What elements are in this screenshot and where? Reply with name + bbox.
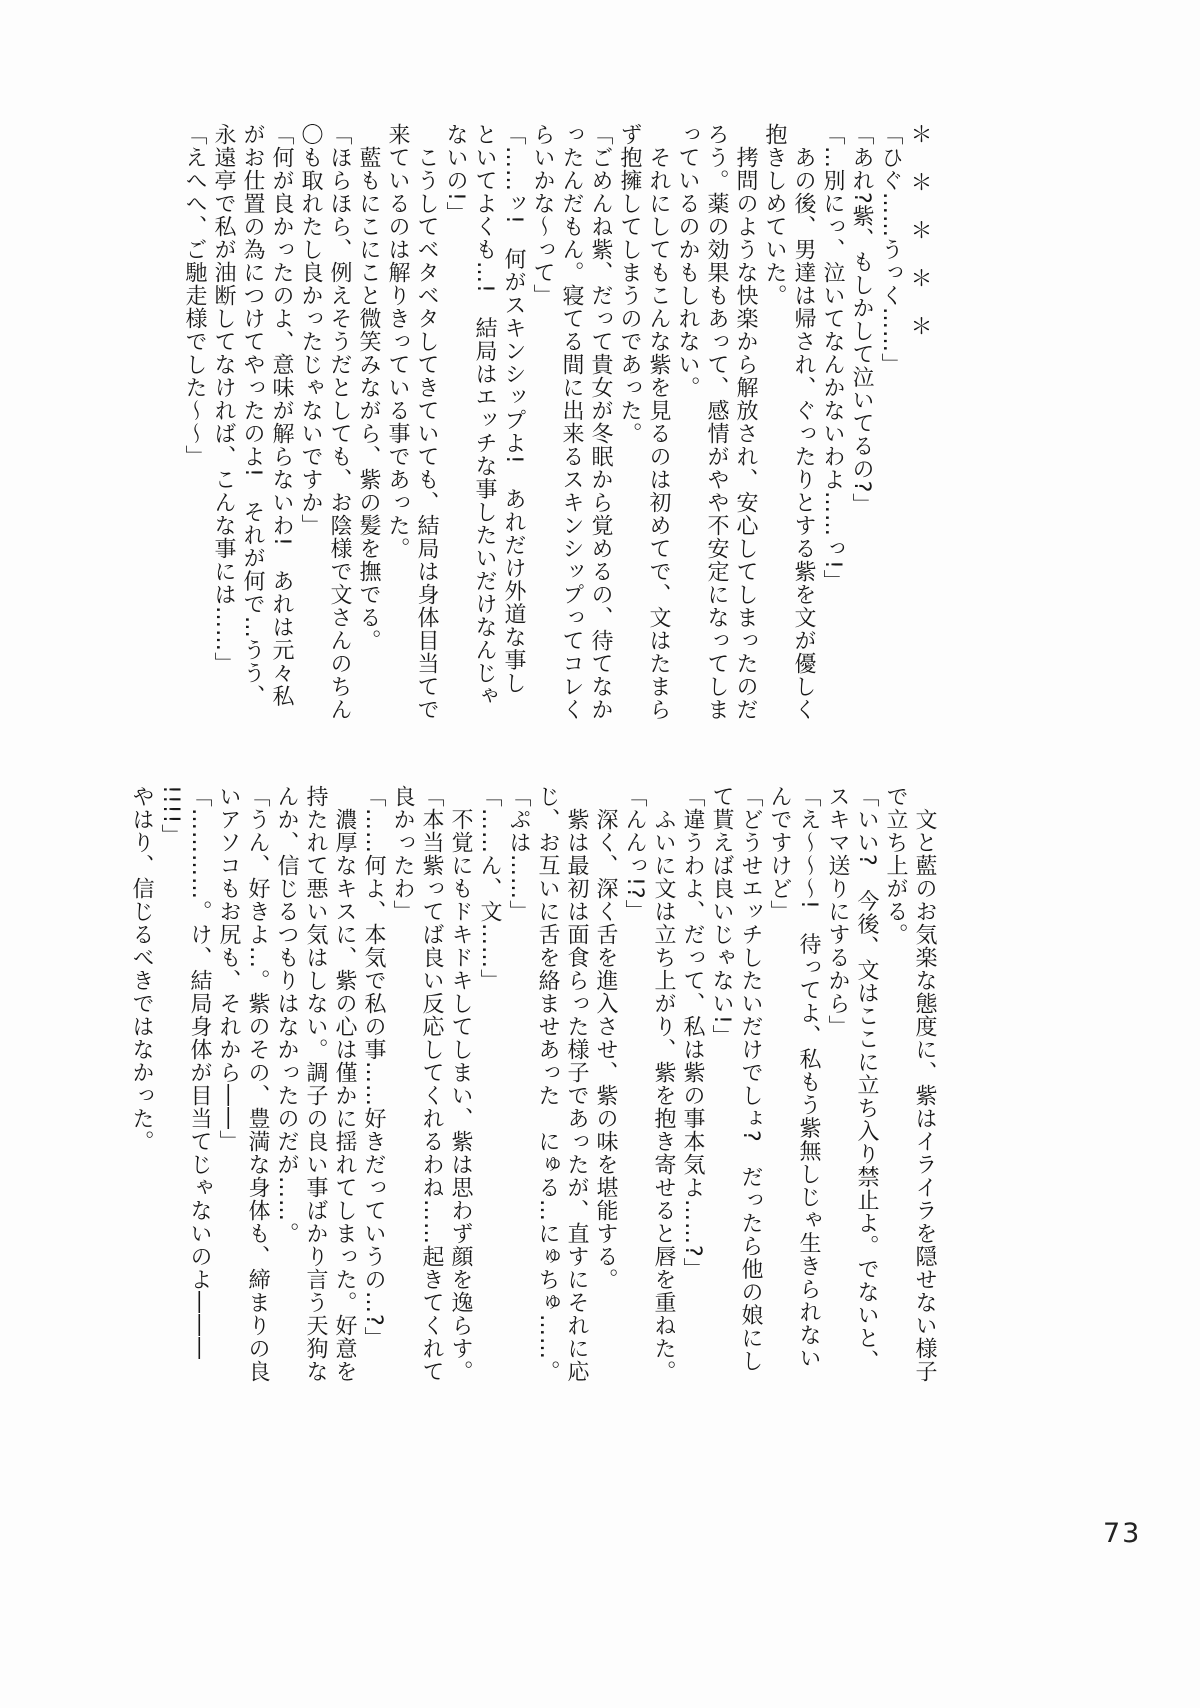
text-column: 来ているのは解りきっている事であった。 (383, 123, 412, 748)
text-column: ず抱擁してしまうのであった。 (615, 123, 644, 748)
text-column: 不覚にもドキドキしてしまい、紫は思わず顔を逸らす。 (446, 785, 475, 1430)
text-column: いアソコもお尻も、それから――」 (214, 785, 243, 1430)
text-column: あの後、男達は帰され、ぐったりとする紫を文が優しく (789, 123, 818, 748)
text-column: ないの!」 (441, 123, 470, 748)
text-column: 紫は最初は面食らった様子であったが、直すにそれに応 (562, 785, 591, 1430)
text-column: 〇も取れたし良かったじゃないですか」 (296, 123, 325, 748)
page-number: 73 (1103, 1518, 1141, 1549)
text-column: 藍もにこにこと微笑みながら、紫の髪を撫でる。 (354, 123, 383, 748)
text-column: といてよくも…! 結局はエッチな事したいだけなんじゃ (470, 123, 499, 748)
text-column: 「ひぐ……うっく……」 (876, 123, 905, 748)
text-column: 「えへへ、ご馳走様でした〜〜」 (180, 123, 209, 748)
text-column: やはり、信じるべきではなかった。 (127, 785, 156, 1430)
text-column: 「うん、好きよ…。紫のその、豊満な身体も、締まりの良 (243, 785, 272, 1430)
top-text-columns: 「ひぐ……うっく……」「あれ?紫、もしかして泣いてるの?」「…別にっ、泣いてなん… (180, 123, 905, 748)
text-column: 「ごめんね紫、だって貴女が冬眠から覚めるの、待てなか (586, 123, 615, 748)
text-column: 「んんっ!?」 (620, 785, 649, 1430)
text-column: 「どうせエッチしたいだけでしょ? だったら他の娘にし (736, 785, 765, 1430)
text-column: 「違うわよ、だって、私は紫の事本気よ……?」 (678, 785, 707, 1430)
text-column: 「本当紫ってば良い反応してくれるわね……起きてくれて (417, 785, 446, 1430)
text-column: 濃厚なキスに、紫の心は僅かに揺れてしまった。好意を (330, 785, 359, 1430)
text-column: 「…………。け、結局身体が目当てじゃないのよ――― (185, 785, 214, 1430)
doujinshi-page-sheet: ＊＊＊＊＊ 「ひぐ……うっく……」「あれ?紫、もしかして泣いてるの?」「…別にっ… (0, 0, 1200, 1708)
text-column: 「ほらほら、例えそうだとしても、お陰様で文さんのちん (325, 123, 354, 748)
text-column: こうしてベタベタしてきていても、結局は身体目当てで (412, 123, 441, 748)
bottom-text-block: 文と藍のお気楽な態度に、紫はイライラを隠せない様子で立ち上がる。「いい? 今後、… (127, 785, 939, 1430)
text-column: 「…別にっ、泣いてなんかないわよ……っ!」 (818, 123, 847, 748)
text-column: ったんだもん。寝てる間に出来るスキンシップってコレく (557, 123, 586, 748)
text-column: !!!!」 (156, 785, 185, 1430)
text-column: 持たれて悪い気はしない。調子の良い事ばかり言う天狗な (301, 785, 330, 1430)
text-column: スキマ送りにするから」 (823, 785, 852, 1430)
text-column: それにしてもこんな紫を見るのは初めてで、文はたまら (644, 123, 673, 748)
text-column: んですけど」 (765, 785, 794, 1430)
text-column: じ、お互いに舌を絡ませあった にゅる…にゅちゅ……。 (533, 785, 562, 1430)
text-column: ふいに文は立ち上がり、紫を抱き寄せると唇を重ねた。 (649, 785, 678, 1430)
text-column: 「いい? 今後、文はここに立ち入り禁止よ。でないと、 (852, 785, 881, 1430)
text-column: 抱きしめていた。 (760, 123, 789, 748)
text-column: 「ぷは……」 (504, 785, 533, 1430)
text-column: 文と藍のお気楽な態度に、紫はイライラを隠せない様子 (910, 785, 939, 1430)
text-column: 拷問のような快楽から解放され、安心してしまったのだ (731, 123, 760, 748)
text-column: 良かったわ」 (388, 785, 417, 1430)
text-column: がお仕置の為につけてやったのよ! それが何で…うう、 (238, 123, 267, 748)
text-column: 「……ッ! 何がスキンシップよ! あれだけ外道な事し (499, 123, 528, 748)
bottom-text-columns: 文と藍のお気楽な態度に、紫はイライラを隠せない様子で立ち上がる。「いい? 今後、… (127, 785, 939, 1430)
text-column: ろう。薬の効果もあって、感情がやや不安定になってしま (702, 123, 731, 748)
text-column: で立ち上がる。 (881, 785, 910, 1430)
scene-break-asterisks: ＊＊＊＊＊ (905, 123, 934, 748)
text-column: 永遠亭で私が油断してなければ、こんな事には……」 (209, 123, 238, 748)
text-column: んか、信じるつもりはなかったのだが……。 (272, 785, 301, 1430)
text-column: 「……何よ、本気で私の事……好きだっていうの…?」 (359, 785, 388, 1430)
text-column: 「……ん、文……」 (475, 785, 504, 1430)
text-column: て貰えば良いじゃない!」 (707, 785, 736, 1430)
text-column: らいかな〜って」 (528, 123, 557, 748)
text-column: 「あれ?紫、もしかして泣いてるの?」 (847, 123, 876, 748)
text-column: 深く、深く舌を進入させ、紫の味を堪能する。 (591, 785, 620, 1430)
text-column: っているのかもしれない。 (673, 123, 702, 748)
text-column: 「え〜〜〜! 待ってよ、私もう紫無しじゃ生きられない (794, 785, 823, 1430)
top-text-block: ＊＊＊＊＊ 「ひぐ……うっく……」「あれ?紫、もしかして泣いてるの?」「…別にっ… (180, 123, 934, 748)
text-column: 「何が良かったのよ、意味が解らないわ! あれは元々私 (267, 123, 296, 748)
